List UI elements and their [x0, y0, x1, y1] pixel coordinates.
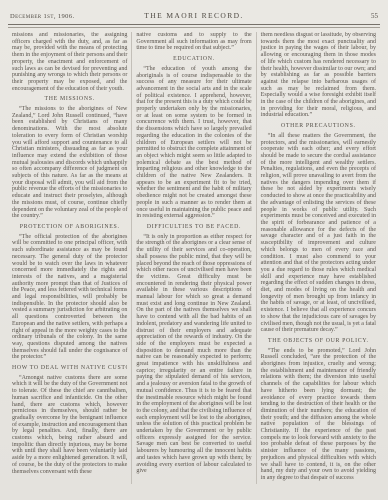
paragraph: “Amongst native customs there are some w… — [12, 375, 127, 476]
paragraph: “The missions to the aborigines of New Z… — [12, 106, 127, 220]
text-columns: missions and missionaries, the assigning… — [8, 32, 380, 484]
paragraph: missions and missionaries, the assigning… — [12, 32, 127, 92]
scanned-page: December 1st, 1906. THE MAORI RECORD. 55… — [0, 0, 388, 484]
column-2: native customs and to supply to the Gove… — [131, 32, 255, 484]
header-rule — [8, 24, 380, 28]
section-heading: THE OBJECTS OF OUR POLICY. — [261, 338, 376, 345]
section-heading: OTHER PRECAUTIONS. — [261, 123, 376, 130]
column-3: them needless disgust or lassitude, by o… — [256, 32, 380, 484]
page-number: 55 — [266, 12, 378, 20]
section-heading: DIFFICULTIES TO BE FACED. — [136, 224, 251, 231]
paragraph: “The official protection of the aborigin… — [12, 234, 127, 361]
paragraph: “In all these matters the Government, th… — [261, 133, 376, 334]
paragraph: native customs and to supply to the Gove… — [136, 32, 251, 52]
issue-date: December 1st, 1906. — [10, 13, 122, 20]
paragraph: “The ends to be promoted,” Lord John Rus… — [261, 348, 376, 482]
masthead: December 1st, 1906. THE MAORI RECORD. 55 — [8, 11, 380, 20]
section-heading: PROTECTION OF ABORIGINES. — [12, 224, 127, 231]
section-heading: EDUCATION. — [136, 56, 251, 63]
paragraph: “The education of youth among the aborig… — [136, 66, 251, 220]
paragraph: them needless disgust or lassitude, by o… — [261, 32, 376, 119]
section-heading: HOW TO DEAL WITH NATIVE CUSTOMS. — [12, 365, 127, 372]
column-1: missions and missionaries, the assigning… — [8, 32, 131, 484]
paragraph: “It is only in proportion as either resp… — [136, 234, 251, 475]
masthead-title: THE MAORI RECORD. — [122, 11, 267, 20]
section-heading: THE MISSIONS. — [12, 96, 127, 103]
